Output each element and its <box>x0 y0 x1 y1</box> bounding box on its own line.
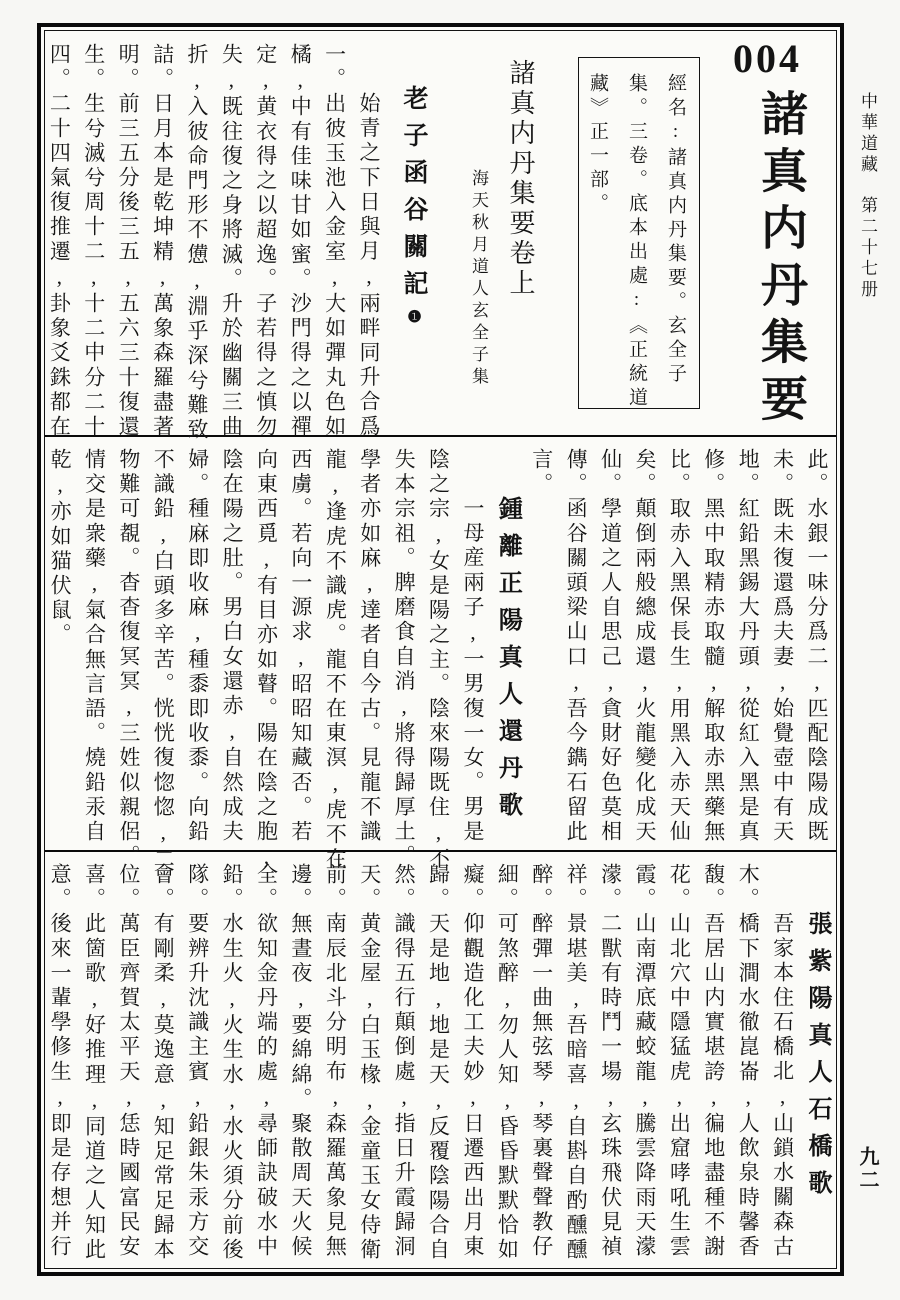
text-column: 矣。顛倒兩般總成還,火龍變化成天 <box>628 437 662 850</box>
text-column: 細。可煞醉,勿人知,昏昏默默恰如 <box>490 852 524 1268</box>
text-column: 霞。山南潭底藏蛟龍,騰雲降雨天濛 <box>628 852 662 1268</box>
text-column: 龍,逢虎不識虎。龍不在東溟,虎不在 <box>318 437 352 850</box>
text-column: 折,入彼命門形不憊,淵乎深兮難致 <box>180 31 214 435</box>
text-column: 修。黑中取精赤取髓,解取赤黑藥無 <box>696 437 730 850</box>
text-column: 然。識得五行顛倒處,指日升霞歸洞 <box>387 852 421 1268</box>
text-column: 此。水銀一味分爲二,匹配陰陽成既 <box>800 437 834 850</box>
text-column: 定,黄衣得之以超逸。子若得之慎勿 <box>248 31 282 435</box>
volume-title: 諸真内丹集要卷上 <box>500 59 540 299</box>
text-column: 四。二十四氣復推遷,卦象爻銖都在 <box>45 31 76 435</box>
text-column: 隊。要辨升沈識主賓,鉛銀朱汞方交 <box>180 852 214 1268</box>
colophon-column: 集。三卷。底本出處:《正統道 <box>617 58 656 408</box>
text-column: 向東西覓,有目亦如瞽。陽在陰之胞, <box>249 437 283 850</box>
text-column: 醉。醉彈一曲無弦琴,琴裏聲聲教仔 <box>524 852 558 1268</box>
text-column: 濛。二獸有時鬥一場,玄珠飛伏見禎 <box>593 852 627 1268</box>
text-column: 乾,亦如猫伏鼠。 <box>45 437 77 850</box>
text-column: 言。 <box>524 437 558 850</box>
middle-register-text: 此。水銀一味分爲二,匹配陰陽成既未。既未復還爲夫妻,始覺壺中有天地。紅鉛黑錫大丹… <box>45 437 834 850</box>
text-column: 祥。景堪美,吾暗喜,自斟自酌醺醺 <box>559 852 593 1268</box>
text-column: 學者亦如麻,達者自今古。見龍不識 <box>352 437 386 850</box>
text-column: 比。取赤入黑保長生,用黑入赤天仙 <box>662 437 696 850</box>
text-column: 詰。日月本是乾坤精,萬象森羅盡著 <box>145 31 179 435</box>
text-column: 前。南辰北斗分明布,森羅萬象見無 <box>318 852 352 1268</box>
register-middle: 此。水銀一味分爲二,匹配陰陽成既未。既未復還爲夫妻,始覺壺中有天地。紅鉛黑錫大丹… <box>45 437 836 852</box>
text-column: 木。橋下澗水徹崑崙,人飲泉時馨香 <box>731 852 765 1268</box>
text-column: 一母産兩子,一男復一女。男是 <box>456 437 490 850</box>
text-column: 未。既未復還爲夫妻,始覺壺中有天 <box>765 437 799 850</box>
text-column: 生。生兮滅兮周十二,十二中分二十 <box>76 31 110 435</box>
top-register-text: 始青之下日與月,兩畔同升合爲一。出彼玉池入金室,大如彈丸色如橘,中有佳味甘如蜜。… <box>45 31 386 435</box>
text-column: 花。山北穴中隱猛虎,出窟哮吼生雲 <box>662 852 696 1268</box>
text-column: 天。黄金屋,白玉椽,金童玉女侍衛 <box>352 852 386 1268</box>
text-column: 婦。種麻即收麻,種黍即收黍。向鉛 <box>180 437 214 850</box>
text-column: 鍾離正陽真人還丹歌 <box>490 437 524 850</box>
text-column: 陰之宗,女是陽之主。陰來陽既住,不 <box>421 437 455 850</box>
text-column: 全。欲知金丹端的處,尋師訣破水中 <box>249 852 283 1268</box>
page-number: 九二 <box>855 1146 879 1192</box>
text-column: 仙。學道之人自思己,貪財好色莫相 <box>593 437 627 850</box>
text-column: 地。紅鉛黑錫大丹頭,從紅入黑是真 <box>731 437 765 850</box>
text-column: 馥。吾居山内實堪誇,徧地盡種不謝 <box>696 852 730 1268</box>
text-column: 物難可覩。杳杳復冥冥,三姓似親侶。 <box>111 437 145 850</box>
text-column: 情交是衆藥,氣合無言語。燒鉛汞自 <box>77 437 111 850</box>
collection-title: 中華道藏 <box>858 92 877 176</box>
text-column: 失本宗祖。脾磨食自消,將得歸厚土。 <box>387 437 421 850</box>
text-column: 歸。天是地,地是天,反覆陰陽合自 <box>421 852 455 1268</box>
text-column: 位。萬臣齊賀太平天,恁時國富民安 <box>111 852 145 1268</box>
page-frame-outer: 004 諸真内丹集要 經名:諸真内丹集要。玄全子集。三卷。底本出處:《正統道藏》… <box>37 23 844 1276</box>
page-frame-inner: 004 諸真内丹集要 經名:諸真内丹集要。玄全子集。三卷。底本出處:《正統道藏》… <box>44 30 837 1269</box>
text-column: 傳。函谷關頭梁山口,吾今鐫石留此 <box>559 437 593 850</box>
text-column: 始青之下日與月,兩畔同升合爲 <box>352 31 386 435</box>
text-column: 邊。無晝夜,要綿綿。聚散周天火候 <box>284 852 318 1268</box>
edge-collection-volume: 中華道藏第二十七册 <box>856 92 878 301</box>
bottom-register-text: 張紫陽真人石橋歌吾家本住石橋北,山鎖水關森古木。橋下澗水徹崑崙,人飲泉時馨香馥。… <box>45 852 834 1268</box>
colophon-box: 經名:諸真内丹集要。玄全子集。三卷。底本出處:《正統道藏》正一部。 <box>578 57 700 409</box>
text-column: 意。後來一輩學修生,即是存想并行 <box>45 852 77 1268</box>
book-title: 諸真内丹集要 <box>748 89 812 431</box>
text-column: 一。出彼玉池入金室,大如彈丸色如 <box>317 31 351 435</box>
text-column: 橘,中有佳味甘如蜜。沙門得之以禪 <box>283 31 317 435</box>
text-column: 西虜。若向一源求,昭昭知藏否。若 <box>284 437 318 850</box>
page-content: 004 諸真内丹集要 經名:諸真内丹集要。玄全子集。三卷。底本出處:《正統道藏》… <box>45 31 836 1268</box>
text-serial-number: 004 <box>733 35 802 82</box>
author-line: 海天秋月道人玄全子集 <box>464 169 492 389</box>
text-column: 癡。仰觀造化工夫妙,日遷西出月東 <box>456 852 490 1268</box>
footnote-1-icon: ❶ <box>405 307 422 326</box>
colophon-columns: 經名:諸真内丹集要。玄全子集。三卷。底本出處:《正統道藏》正一部。 <box>578 58 695 408</box>
register-bottom: 張紫陽真人石橋歌吾家本住石橋北,山鎖水關森古木。橋下澗水徹崑崙,人飲泉時馨香馥。… <box>45 852 836 1268</box>
section-title-laozi-hanguguan: 老子函谷關記❶ <box>394 85 432 326</box>
section-title-text: 老子函谷關記 <box>400 85 427 307</box>
text-column: 會。有剛柔,莫逸意,知足常足歸本 <box>146 852 180 1268</box>
text-column: 鉛。水生火,火生水,水火須分前後 <box>215 852 249 1268</box>
text-column: 吾家本住石橋北,山鎖水關森古 <box>765 852 799 1268</box>
text-column: 張紫陽真人石橋歌 <box>800 852 834 1268</box>
text-column: 失,既往復之身將滅。升於幽關三曲 <box>214 31 248 435</box>
text-column: 明。前三五分後三五,五六三十復還 <box>111 31 145 435</box>
text-column: 不識鉛,白頭多辛苦。恍恍復惚惚,二 <box>146 437 180 850</box>
volume-label: 第二十七册 <box>858 196 877 301</box>
text-column: 陰在陽之肚。男白女還赤,自然成夫 <box>215 437 249 850</box>
colophon-column: 藏》正一部。 <box>578 58 617 408</box>
text-column: 喜。此箇歌,好推理,同道之人知此 <box>77 852 111 1268</box>
colophon-column: 經名:諸真内丹集要。玄全子 <box>656 58 695 408</box>
register-top: 004 諸真内丹集要 經名:諸真内丹集要。玄全子集。三卷。底本出處:《正統道藏》… <box>45 31 836 437</box>
